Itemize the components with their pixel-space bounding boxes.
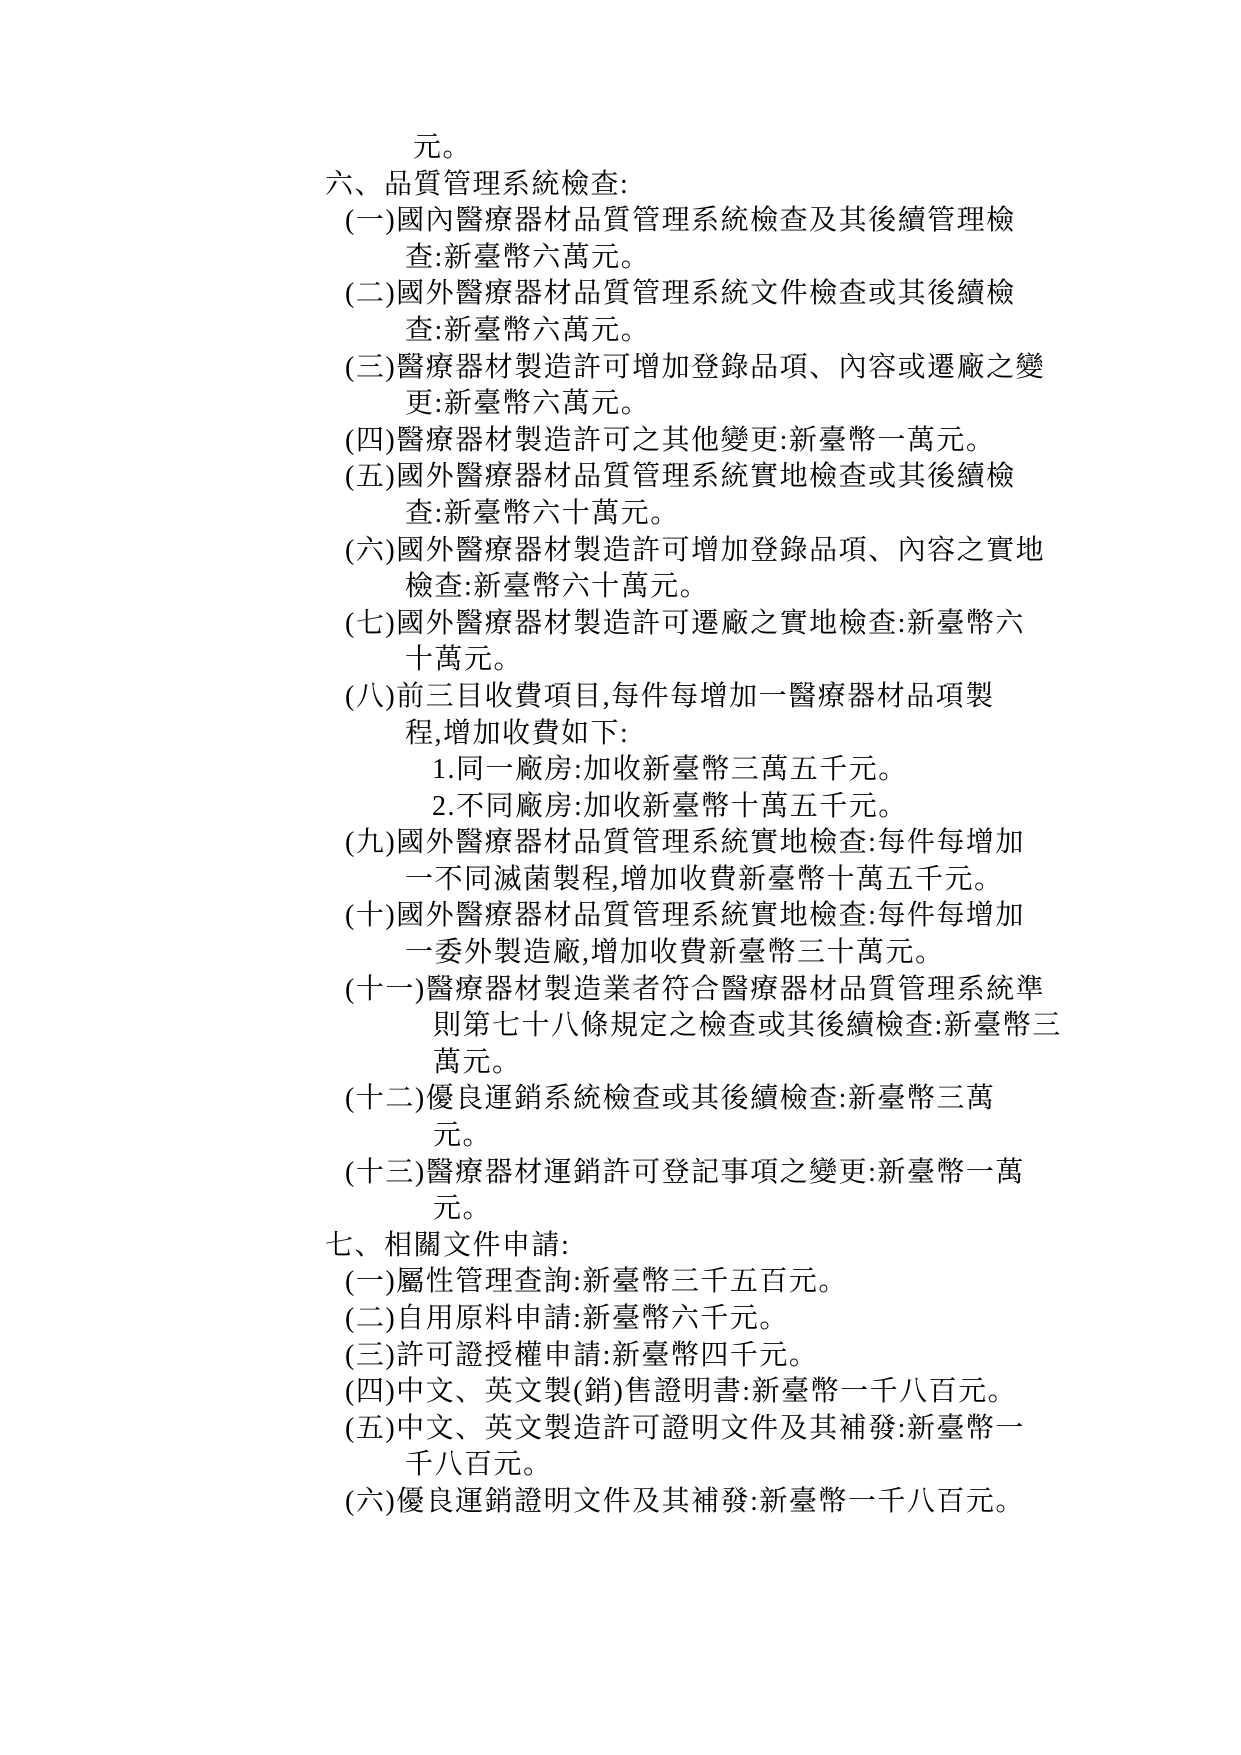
text-line: (五)國外醫療器材品質管理系統實地檢查或其後續檢: [345, 459, 1241, 496]
document-page: 元。六、品質管理系統檢查:(一)國內醫療器材品質管理系統檢查及其後續管理檢查:新…: [0, 0, 1241, 1755]
text-line: (二)國外醫療器材品質管理系統文件檢查或其後續檢: [345, 276, 1241, 313]
text-line: (六)國外醫療器材製造許可增加登錄品項、內容之實地: [345, 533, 1241, 570]
text-line: 檢查:新臺幣六十萬元。: [405, 569, 1241, 606]
text-line: 元。: [433, 1191, 1241, 1228]
text-line: (七)國外醫療器材製造許可遷廠之實地檢查:新臺幣六: [345, 606, 1241, 643]
text-line: (九)國外醫療器材品質管理系統實地檢查:每件每增加: [345, 825, 1241, 862]
text-line: 2.不同廠房:加收新臺幣十萬五千元。: [432, 789, 1241, 826]
text-line: 1.同一廠房:加收新臺幣三萬五千元。: [432, 752, 1241, 789]
text-line: (四)中文、英文製(銷)售證明書:新臺幣一千八百元。: [345, 1374, 1241, 1411]
text-line: (一)國內醫療器材品質管理系統檢查及其後續管理檢: [345, 203, 1241, 240]
text-line: (十三)醫療器材運銷許可登記事項之變更:新臺幣一萬: [345, 1155, 1241, 1192]
text-line: 則第七十八條規定之檢查或其後續檢查:新臺幣三: [433, 1008, 1241, 1045]
text-line: 查:新臺幣六萬元。: [405, 313, 1241, 350]
text-line: 一委外製造廠,增加收費新臺幣三十萬元。: [405, 935, 1241, 972]
text-line: (二)自用原料申請:新臺幣六千元。: [345, 1301, 1241, 1338]
text-line: (十二)優良運銷系統檢查或其後續檢查:新臺幣三萬: [345, 1081, 1241, 1118]
text-line: 更:新臺幣六萬元。: [405, 386, 1241, 423]
text-line: 千八百元。: [405, 1447, 1241, 1484]
text-line: 元。: [413, 130, 1241, 167]
text-line: (四)醫療器材製造許可之其他變更:新臺幣一萬元。: [345, 423, 1241, 460]
text-line: (十一)醫療器材製造業者符合醫療器材品質管理系統準: [345, 972, 1241, 1009]
text-line: 七、相關文件申請:: [325, 1228, 1241, 1265]
text-line: 一不同滅菌製程,增加收費新臺幣十萬五千元。: [405, 862, 1241, 899]
text-line: 程,增加收費如下:: [405, 716, 1241, 753]
text-line: (八)前三目收費項目,每件每增加一醫療器材品項製: [345, 679, 1241, 716]
document-body: 元。六、品質管理系統檢查:(一)國內醫療器材品質管理系統檢查及其後續管理檢查:新…: [0, 130, 1241, 1521]
text-line: (十)國外醫療器材品質管理系統實地檢查:每件每增加: [345, 898, 1241, 935]
text-line: 元。: [433, 1118, 1241, 1155]
text-line: (一)屬性管理查詢:新臺幣三千五百元。: [345, 1264, 1241, 1301]
text-line: (五)中文、英文製造許可證明文件及其補發:新臺幣一: [345, 1411, 1241, 1448]
text-line: (三)醫療器材製造許可增加登錄品項、內容或遷廠之變: [345, 350, 1241, 387]
text-line: 十萬元。: [405, 642, 1241, 679]
text-line: 查:新臺幣六萬元。: [405, 240, 1241, 277]
text-line: 萬元。: [433, 1045, 1241, 1082]
text-line: (三)許可證授權申請:新臺幣四千元。: [345, 1338, 1241, 1375]
text-line: 查:新臺幣六十萬元。: [405, 496, 1241, 533]
text-line: 六、品質管理系統檢查:: [325, 167, 1241, 204]
text-line: (六)優良運銷證明文件及其補發:新臺幣一千八百元。: [345, 1484, 1241, 1521]
